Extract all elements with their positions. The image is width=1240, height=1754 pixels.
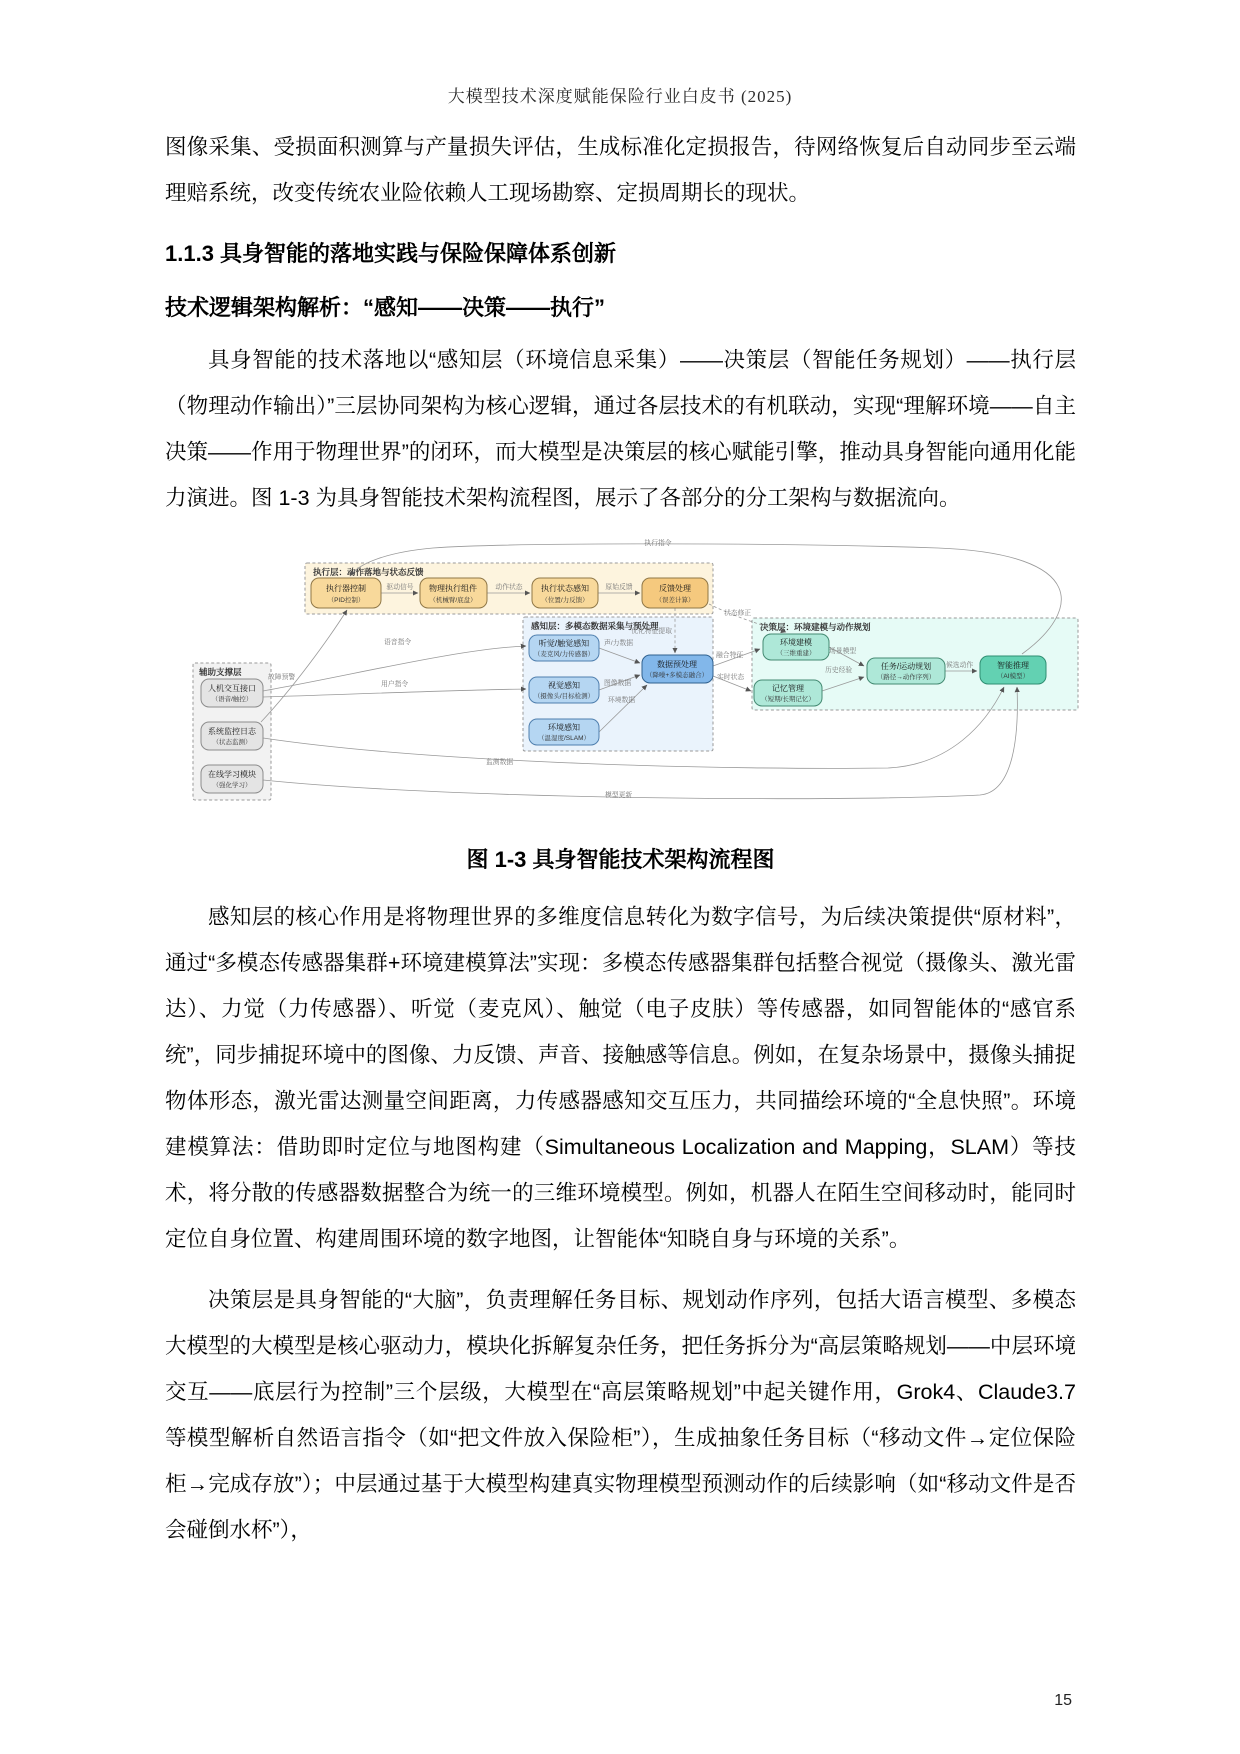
architecture-diagram: 执行层：动作落地与状态反馈 感知层：多模态数据采集与预处理 决策层：环境建模与动… bbox=[158, 536, 1086, 828]
edge-label-state-correction: 状态修正 bbox=[724, 608, 751, 617]
edge-label-exec-command: 执行指令 bbox=[644, 538, 671, 547]
node-intelligent-reasoning: 智能推理 （AI模型） bbox=[980, 656, 1046, 684]
edge-label-fused-feature: 融合特征 bbox=[716, 650, 743, 659]
edge-label-env-data: 环境数据 bbox=[608, 695, 635, 704]
node-hmi-sub: （语音/触控） bbox=[212, 694, 253, 703]
edge-label-fault-warning: 故障预警 bbox=[268, 672, 295, 681]
node-actuator-control-sub: （PID控制） bbox=[328, 595, 365, 604]
edge-label-action-state: 动作状态 bbox=[495, 582, 522, 591]
node-hmi: 人机交互接口 （语音/触控） bbox=[201, 679, 263, 707]
node-exec-state-sense: 执行状态感知 （位置/力反馈） bbox=[532, 578, 598, 608]
edge-label-scene-model: 场景模型 bbox=[829, 646, 856, 655]
node-physical-executor-sub: （机械臂/底盘） bbox=[429, 595, 476, 604]
node-intelligent-reasoning-title: 智能推理 bbox=[997, 660, 1029, 670]
section-heading-1-1-3: 1.1.3 具身智能的落地实践与保险保障体系创新 bbox=[165, 231, 1076, 277]
document-header: 大模型技术深度赋能保险行业白皮书 (2025) bbox=[0, 82, 1240, 107]
edge-label-model-update: 模型更新 bbox=[605, 790, 632, 799]
edge-label-user-command: 用户指令 bbox=[381, 679, 408, 688]
node-audio-tactile: 听觉/触觉感知 （麦克风/力传感器） bbox=[529, 635, 599, 661]
node-feedback-processing: 反馈处理 （误差计算） bbox=[642, 578, 708, 608]
exec-layer-title: 执行层：动作落地与状态反馈 bbox=[313, 567, 424, 577]
node-data-preprocessing: 数据预处理 （降噪+多模态融合） bbox=[642, 655, 713, 683]
edge-label-image-data: 图像数据 bbox=[604, 678, 631, 687]
body-paragraph-1: 图像采集、受损面积测算与产量损失评估，生成标准化定损报告，待网络恢复后自动同步至… bbox=[165, 124, 1076, 216]
node-system-monitor-log: 系统监控日志 （状态监测） bbox=[201, 722, 263, 750]
edge-fault-warning bbox=[261, 610, 347, 722]
edge-label-sound-force-data: 声/力数据 bbox=[604, 638, 633, 647]
edge-user-command bbox=[263, 689, 526, 697]
support-layer-title: 辅助支撑层 bbox=[198, 667, 242, 677]
node-task-motion-planning: 任务/运动规划 （路径→动作序列） bbox=[867, 658, 945, 684]
node-memory-management-sub: （短期/长期记忆） bbox=[761, 694, 815, 703]
node-audio-tactile-sub: （麦克风/力传感器） bbox=[534, 649, 594, 658]
subsection-heading: 技术逻辑架构解析：“感知——决策——执行” bbox=[165, 285, 1076, 331]
node-intelligent-reasoning-sub: （AI模型） bbox=[997, 671, 1029, 680]
node-exec-state-sense-sub: （位置/力反馈） bbox=[541, 595, 588, 604]
edge-label-voice-command: 语音指令 bbox=[384, 637, 411, 646]
node-physical-executor: 物理执行组件 （机械臂/底盘） bbox=[420, 578, 487, 608]
page-number: 15 bbox=[1054, 1692, 1072, 1710]
node-vision-title: 视觉感知 bbox=[548, 680, 580, 690]
node-system-monitor-log-sub: （状态监测） bbox=[213, 737, 252, 746]
architecture-diagram-svg: 执行层：动作落地与状态反馈 感知层：多模态数据采集与预处理 决策层：环境建模与动… bbox=[158, 536, 1086, 828]
body-paragraph-2: 具身智能的技术落地以“感知层（环境信息采集）——决策层（智能任务规划）——执行层… bbox=[165, 337, 1076, 521]
node-data-preprocessing-title: 数据预处理 bbox=[657, 659, 697, 669]
node-feedback-processing-title: 反馈处理 bbox=[659, 583, 691, 593]
node-task-motion-planning-title: 任务/运动规划 bbox=[881, 661, 931, 671]
node-system-monitor-log-title: 系统监控日志 bbox=[208, 726, 257, 736]
node-environment-sense-title: 环境感知 bbox=[548, 722, 580, 732]
node-memory-management: 记忆管理 （短期/长期记忆） bbox=[754, 680, 822, 706]
node-environment-sense: 环境感知 （温湿度/SLAM） bbox=[529, 719, 599, 745]
page-content: 图像采集、受损面积测算与产量损失评估，生成标准化定损报告，待网络恢复后自动同步至… bbox=[165, 124, 1076, 1568]
node-online-learning: 在线学习模块 （强化学习） bbox=[201, 765, 263, 793]
node-audio-tactile-title: 听觉/触觉感知 bbox=[539, 638, 589, 648]
edge-label-realtime-state: 实时状态 bbox=[717, 672, 744, 681]
edge-label-monitor-data: 监测数据 bbox=[486, 757, 513, 766]
node-actuator-control-title: 执行器控制 bbox=[326, 583, 366, 593]
body-paragraph-3: 感知层的核心作用是将物理世界的多维度信息转化为数字信号，为后续决策提供“原材料”… bbox=[165, 894, 1076, 1262]
node-env-modeling-title: 环境建模 bbox=[780, 637, 812, 647]
node-feedback-processing-sub: （误差计算） bbox=[656, 595, 695, 604]
node-task-motion-planning-sub: （路径→动作序列） bbox=[877, 672, 936, 681]
node-online-learning-sub: （强化学习） bbox=[213, 780, 252, 789]
edge-label-drive-signal: 驱动信号 bbox=[386, 582, 413, 591]
node-online-learning-title: 在线学习模块 bbox=[208, 769, 256, 779]
node-physical-executor-title: 物理执行组件 bbox=[429, 583, 477, 593]
node-exec-state-sense-title: 执行状态感知 bbox=[541, 583, 589, 593]
decision-layer-title: 决策层：环境建模与动作规划 bbox=[760, 622, 871, 632]
body-paragraph-4: 决策层是具身智能的“大脑”，负责理解任务目标、规划动作序列，包括大语言模型、多模… bbox=[165, 1277, 1076, 1553]
node-vision-sub: （摄像头/目标检测） bbox=[534, 691, 594, 700]
edge-label-history-exp: 历史经验 bbox=[825, 665, 852, 674]
node-vision: 视觉感知 （摄像头/目标检测） bbox=[529, 677, 599, 703]
node-environment-sense-sub: （温湿度/SLAM） bbox=[538, 733, 590, 742]
edge-label-raw-feedback: 原始反馈 bbox=[605, 582, 632, 591]
edge-label-candidate-action: 候选动作 bbox=[946, 660, 973, 669]
figure-caption: 图 1-3 具身智能技术架构流程图 bbox=[165, 838, 1076, 882]
node-memory-management-title: 记忆管理 bbox=[772, 683, 804, 693]
node-data-preprocessing-sub: （降噪+多模态融合） bbox=[646, 670, 708, 679]
node-env-modeling: 环境建模 （三维重建） bbox=[763, 634, 829, 660]
edge-label-optimized-feature: 优化特征提取 bbox=[631, 626, 672, 635]
node-hmi-title: 人机交互接口 bbox=[208, 683, 256, 693]
node-actuator-control: 执行器控制 （PID控制） bbox=[311, 578, 381, 608]
node-env-modeling-sub: （三维重建） bbox=[777, 648, 816, 657]
